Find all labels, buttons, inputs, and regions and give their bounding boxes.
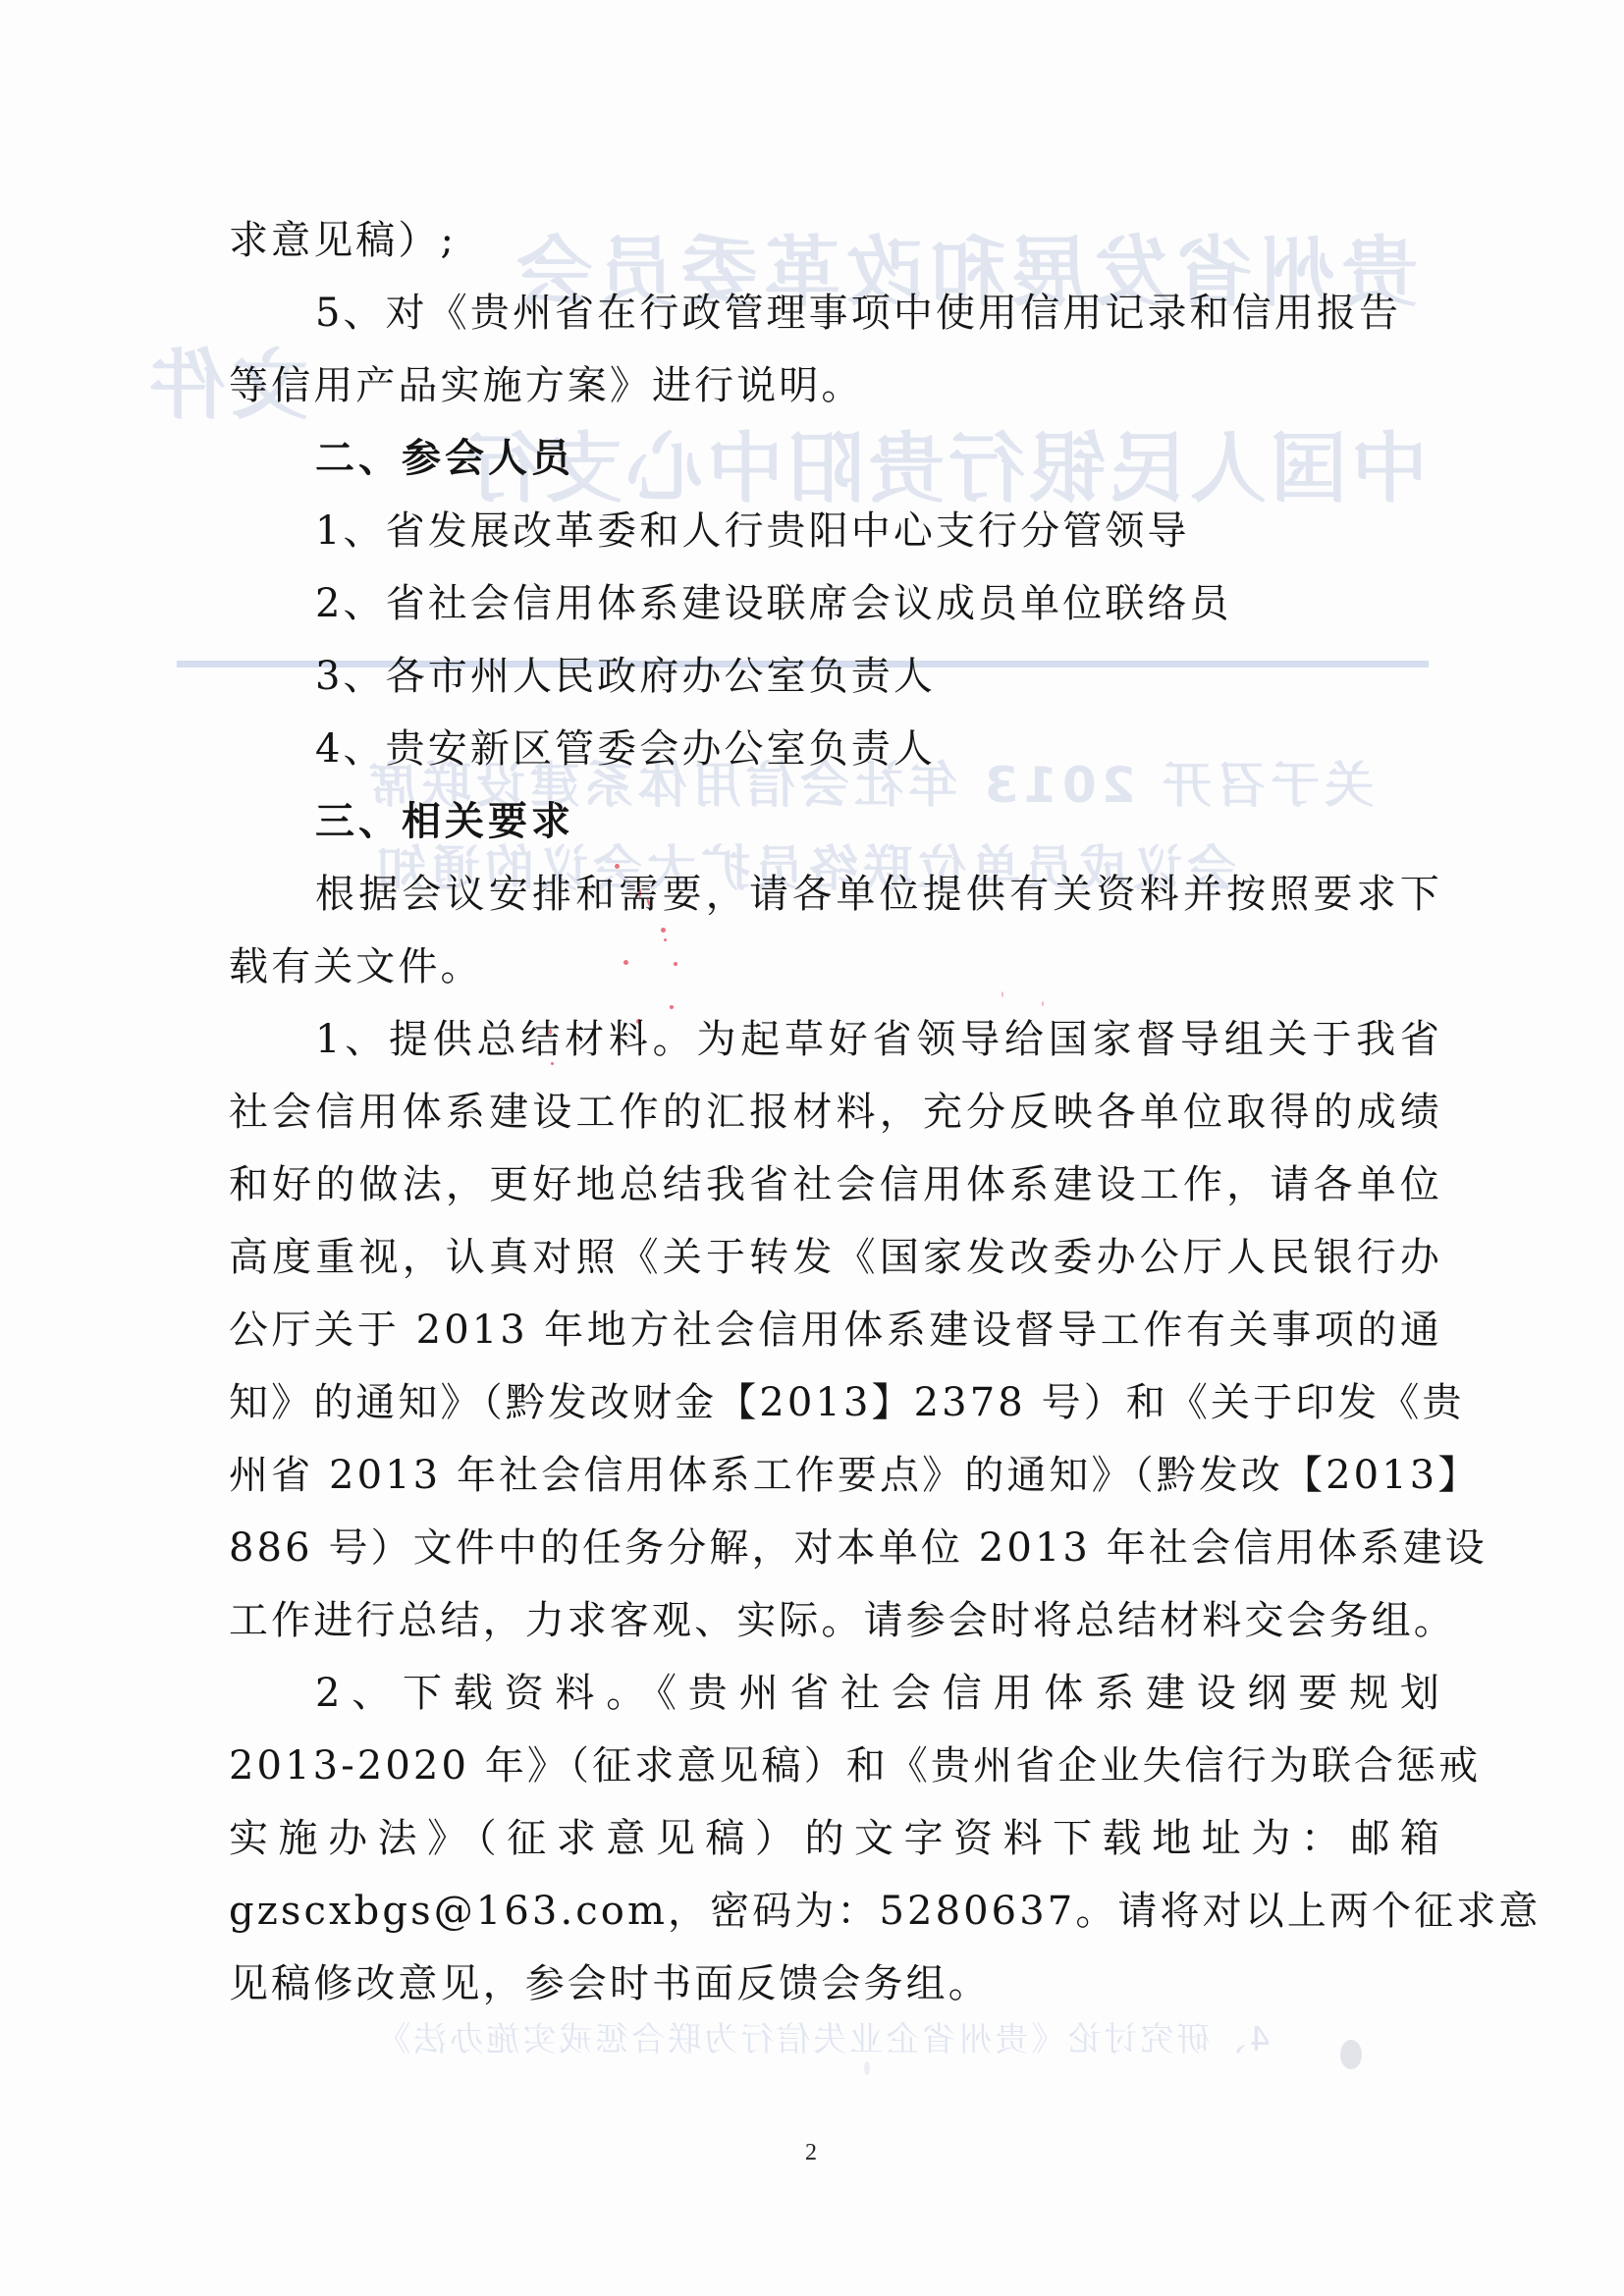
scan-smudge [864,2061,870,2075]
section-heading-attendees: 二、参会人员 [229,422,1442,495]
paragraph-line: 载有关文件。 [229,931,1442,1003]
paragraph-line: 2013-2020 年》（征求意见稿）和《贵州省企业失信行为联合惩戒 [229,1730,1442,1802]
text-line: 求意见稿）; [229,204,1442,277]
paragraph-line-email: gzscxbgs@163.com，密码为：5280637。请将对以上两个征求意 [229,1875,1442,1948]
section-heading-requirements: 三、相关要求 [229,785,1442,858]
paragraph-line: 实施办法》（征求意见稿）的文字资料下载地址为：邮箱 [229,1802,1442,1875]
paragraph-line: 根据会议安排和需要，请各单位提供有关资料并按照要求下 [229,858,1442,931]
paragraph-line: 高度重视，认真对照《关于转发《国家发改委办公厅人民银行办 [229,1221,1442,1294]
paragraph-line: 见稿修改意见，参会时书面反馈会务组。 [229,1948,1442,2020]
paragraph-line: 州省 2013 年社会信用体系工作要点》的通知》（黔发改【2013】 [229,1439,1442,1512]
page-number: 2 [805,2140,817,2166]
attendee-item-4: 4、贵安新区管委会办公室负责人 [229,713,1442,785]
scan-smudge [1340,2040,1362,2069]
attendee-item-2: 2、省社会信用体系建设联席会议成员单位联络员 [229,567,1442,640]
paragraph-line: 工作进行总结，力求客观、实际。请参会时将总结材料交会务组。 [229,1584,1442,1657]
paragraph-line: 公厅关于 2013 年地方社会信用体系建设督导工作有关事项的通 [229,1294,1442,1366]
attendee-item-3: 3、各市州人民政府办公室负责人 [229,640,1442,713]
requirement-item-1: 1、提供总结材料。为起草好省领导给国家督导组关于我省 [229,1003,1442,1076]
paragraph-line: 知》的通知》（黔发改财金【2013】2378 号）和《关于印发《贵 [229,1366,1442,1439]
paragraph-line: 社会信用体系建设工作的汇报材料，充分反映各单位取得的成绩 [229,1076,1442,1148]
text-line: 等信用产品实施方案》进行说明。 [229,349,1442,422]
paragraph-line: 和好的做法，更好地总结我省社会信用体系建设工作，请各单位 [229,1148,1442,1221]
requirement-item-2: 2、下载资料。《贵州省社会信用体系建设纲要规划 [229,1657,1442,1730]
paragraph-line: 886 号）文件中的任务分解，对本单位 2013 年社会信用体系建设 [229,1512,1442,1584]
attendee-item-1: 1、省发展改革委和人行贵阳中心支行分管领导 [229,495,1442,567]
document-page: 贵州省发展和改革委员会 文件 中国人民银行贵阳中心支行 关于召开 2013 年社… [0,0,1624,2296]
document-body: 求意见稿）; 5、对《贵州省在行政管理事项中使用信用记录和信用报告 等信用产品实… [229,204,1442,2020]
text-line-item-5: 5、对《贵州省在行政管理事项中使用信用记录和信用报告 [229,277,1442,349]
